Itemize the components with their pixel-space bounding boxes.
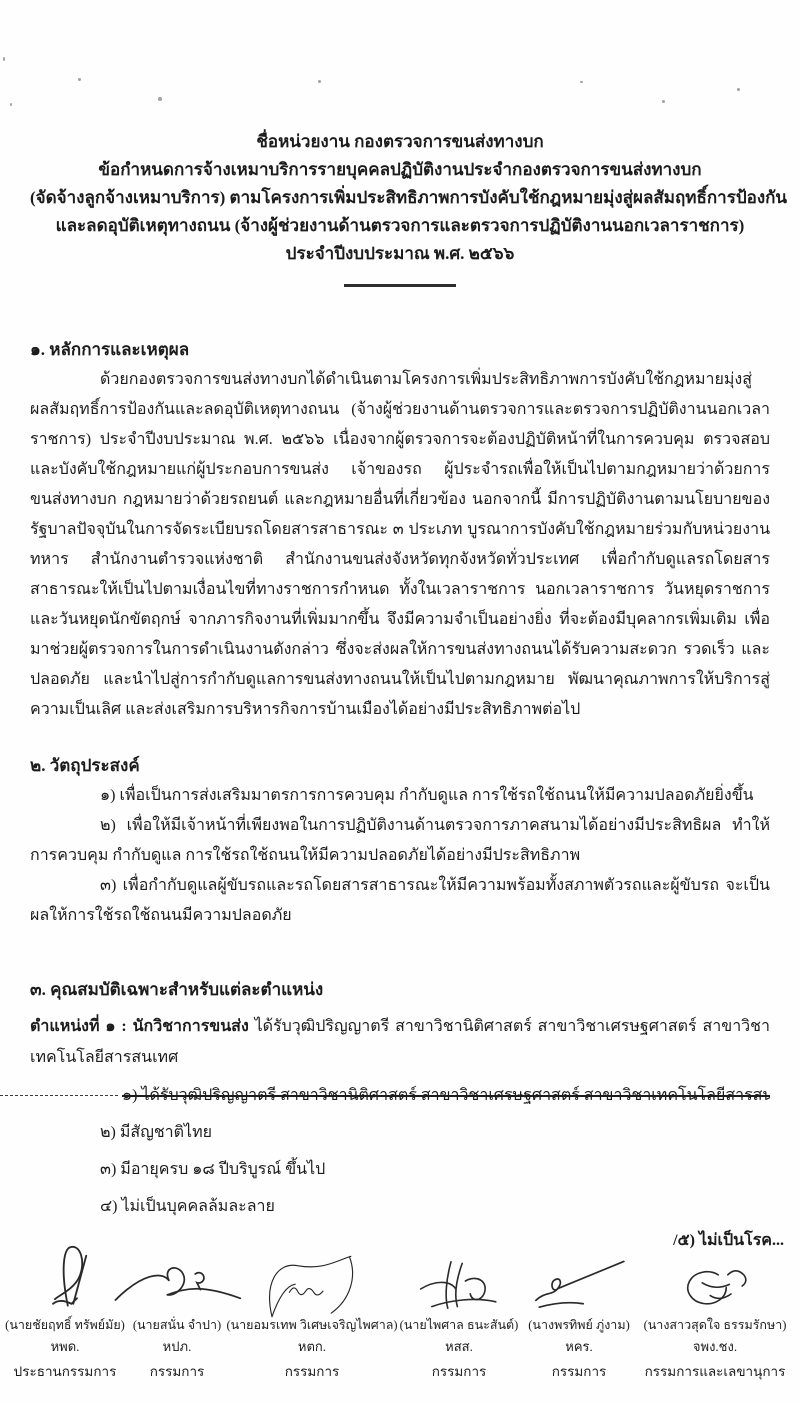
objective-item-3: ๓) เพื่อกำกับดูแลผู้ขับรถและรถโดยสารสาธา…	[30, 871, 770, 931]
signatory-block-1: (นายชัยฤทธิ์ ทรัพย์มัย) หพด. ประธานกรรมก…	[5, 1255, 125, 1385]
objective-item-2: ๒) เพื่อให้มีเจ้าหน้าที่เพียงพอในการปฏิบ…	[30, 811, 770, 871]
scanned-document-page: ชื่อหน่วยงาน กองตรวจการขนส่งทางบก ข้อกำห…	[0, 0, 800, 1403]
signatory-role: กรรมการและเลขานุการ	[645, 1359, 786, 1385]
signatory-block-2: (นายสนั่น จำปา) หปภ. กรรมการ	[125, 1255, 229, 1385]
paper-speck	[318, 80, 321, 83]
signature-5-scribble-icon	[524, 1255, 634, 1313]
section2-heading: ๒. วัตถุประสงค์	[30, 751, 770, 781]
qualification-item-2: ๒) มีสัญชาติไทย	[30, 1114, 770, 1151]
signatory-abbr: หตก.	[298, 1335, 326, 1359]
header-title-line-1: ข้อกำหนดการจ้างเหมาบริการรายบุคคลปฏิบัติ…	[30, 156, 770, 184]
signatory-name: (นายไพศาล ธนะสันต์)	[400, 1315, 519, 1335]
section1-paragraph: ด้วยกองตรวจการขนส่งทางบกได้ดำเนินตามโครง…	[30, 365, 770, 725]
header-agency-line: ชื่อหน่วยงาน กองตรวจการขนส่งทางบก	[30, 128, 770, 156]
signatory-name: (นางสาวสุดใจ ธรรมรักษา)	[644, 1315, 787, 1335]
signature-2-scribble-icon	[112, 1255, 242, 1313]
signatory-name: (นายชัยฤทธิ์ ทรัพย์มัย)	[5, 1315, 125, 1335]
signatory-role: กรรมการ	[285, 1359, 340, 1385]
page-continuation-marker: /๕) ไม่เป็นโรค...	[30, 1229, 784, 1253]
signatory-abbr: หปภ.	[163, 1335, 192, 1359]
section1-heading: ๑. หลักการและเหตุผล	[30, 335, 770, 365]
signatory-abbr: หคร.	[565, 1335, 593, 1359]
position-1-line: ตำแหน่งที่ ๑ : นักวิชาการขนส่ง ได้รับวุฒ…	[30, 1011, 770, 1073]
document-header: ชื่อหน่วยงาน กองตรวจการขนส่งทางบก ข้อกำห…	[30, 128, 770, 268]
paper-speck	[580, 81, 583, 83]
header-title-line-3: และลดอุบัติเหตุทางถนน (จ้างผู้ช่วยงานด้า…	[30, 212, 770, 240]
signatory-role: กรรมการ	[150, 1359, 205, 1385]
position-1-label: ตำแหน่งที่ ๑ : นักวิชาการขนส่ง	[30, 1018, 249, 1035]
signatory-block-4: (นายไพศาล ธนะสันต์) หสส. กรรมการ	[395, 1255, 523, 1385]
header-fiscal-year-line: ประจำปีงบประมาณ พ.ศ. ๒๕๖๖	[30, 240, 770, 268]
signatory-name: (นางพรทิพย์ ภู่งาม)	[528, 1315, 629, 1335]
paper-speck	[10, 103, 12, 106]
signature-3-scribble-icon	[237, 1255, 387, 1313]
signatory-role: กรรมการ	[432, 1359, 487, 1385]
signatory-abbr: หพด.	[51, 1335, 80, 1359]
header-divider-rule	[344, 284, 456, 287]
header-title-line-2: (จัดจ้างลูกจ้างเหมาบริการ) ตามโครงการเพิ…	[30, 184, 770, 212]
signatory-name: (นายอมรเทพ วิเศษเจริญไพศาล)	[226, 1315, 397, 1335]
signatory-block-5: (นางพรทิพย์ ภู่งาม) หคร. กรรมการ	[523, 1255, 635, 1385]
signature-row: (นายชัยฤทธิ์ ทรัพย์มัย) หพด. ประธานกรรมก…	[5, 1255, 795, 1385]
signature-6-scribble-icon	[675, 1255, 755, 1313]
signature-1-scribble-icon	[30, 1255, 100, 1313]
paper-speck	[737, 88, 740, 91]
signatory-abbr: จพง.ชง.	[693, 1335, 737, 1359]
signatory-block-3: (นายอมรเทพ วิเศษเจริญไพศาล) หตก. กรรมการ	[229, 1255, 395, 1385]
signatory-role: กรรมการ	[552, 1359, 607, 1385]
struck-through-text: ๑) ได้รับวุฒิปริญญาตรี สาขาวิชานิติศาสตร…	[122, 1077, 770, 1114]
paper-speck	[662, 100, 665, 103]
signatory-block-6: (นางสาวสุดใจ ธรรมรักษา) จพง.ชง. กรรมการแ…	[635, 1255, 795, 1385]
objective-item-1: ๑) เพื่อเป็นการส่งเสริมมาตรการการควบคุม …	[30, 781, 770, 811]
paper-speck	[158, 97, 162, 101]
paper-speck	[78, 78, 81, 81]
section3-heading: ๓. คุณสมบัติเฉพาะสำหรับแต่ละตำแหน่ง	[30, 975, 770, 1005]
paper-speck	[3, 57, 5, 61]
signatory-role: ประธานกรรมการ	[14, 1359, 117, 1385]
signatory-name: (นายสนั่น จำปา)	[133, 1315, 221, 1335]
qualification-item-3: ๓) มีอายุครบ ๑๘ ปีบริบูรณ์ ขึ้นไป	[30, 1151, 770, 1188]
signatory-abbr: หสส.	[445, 1335, 473, 1359]
signature-4-scribble-icon	[411, 1255, 507, 1313]
handwritten-dash-leader	[0, 1095, 118, 1096]
qualification-item-1-struck: ๑) ได้รับวุฒิปริญญาตรี สาขาวิชานิติศาสตร…	[0, 1077, 770, 1114]
qualification-list: ๑) ได้รับวุฒิปริญญาตรี สาขาวิชานิติศาสตร…	[30, 1077, 770, 1225]
qualification-item-4: ๔) ไม่เป็นบุคคลล้มละลาย	[30, 1188, 770, 1225]
